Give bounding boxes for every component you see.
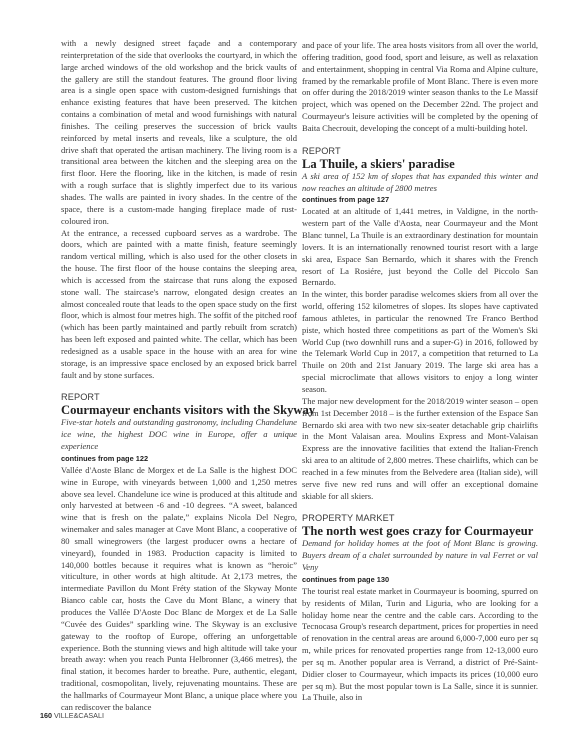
section-kicker: PROPERTY MARKET (302, 513, 538, 524)
magazine-page: with a newly designed street façade and … (0, 0, 580, 740)
article-standfirst: Five-star hotels and outstanding gastron… (61, 417, 297, 452)
continues-from-page: continues from page 127 (302, 195, 538, 205)
section-kicker: REPORT (61, 392, 297, 403)
article-headline: Courmayeur enchants visitors with the Sk… (61, 403, 297, 417)
publication-name: VILLE&CASALI (54, 711, 104, 720)
article-standfirst: Demand for holiday homes at the foot of … (302, 538, 538, 573)
article-standfirst: A ski area of 152 km of slopes that has … (302, 171, 538, 195)
continues-from-page: continues from page 122 (61, 454, 297, 464)
article-paragraph-2: In the winter, this border paradise welc… (302, 289, 538, 396)
page-footer: 160 VILLE&CASALI (40, 711, 104, 720)
intro-paragraph-2: At the entrance, a recessed cupboard ser… (61, 228, 297, 382)
article-skyway: REPORT Courmayeur enchants visitors with… (61, 392, 297, 713)
article-headline: La Thuile, a skiers' paradise (302, 157, 538, 171)
section-kicker: REPORT (302, 146, 538, 157)
article-la-thuile: REPORT La Thuile, a skiers' paradise A s… (302, 146, 538, 503)
continues-from-page: continues from page 130 (302, 575, 538, 585)
intro-paragraph-1: with a newly designed street façade and … (61, 38, 297, 228)
article-body: Vallée d'Aoste Blanc de Morgex et de La … (61, 465, 297, 714)
right-column: and pace of your life. The area hosts vi… (302, 40, 538, 704)
article-paragraph-3: The major new development for the 2018/2… (302, 396, 538, 503)
page-number: 160 (40, 711, 52, 720)
article-paragraph-1: Located at an altitude of 1,441 metres, … (302, 206, 538, 289)
article-body: The tourist real estate market in Courma… (302, 586, 538, 704)
article-property-market: PROPERTY MARKET The north west goes craz… (302, 513, 538, 704)
continuation-paragraph: and pace of your life. The area hosts vi… (302, 40, 538, 135)
left-column: with a newly designed street façade and … (61, 38, 297, 714)
article-headline: The north west goes crazy for Courmayeur (302, 524, 538, 538)
